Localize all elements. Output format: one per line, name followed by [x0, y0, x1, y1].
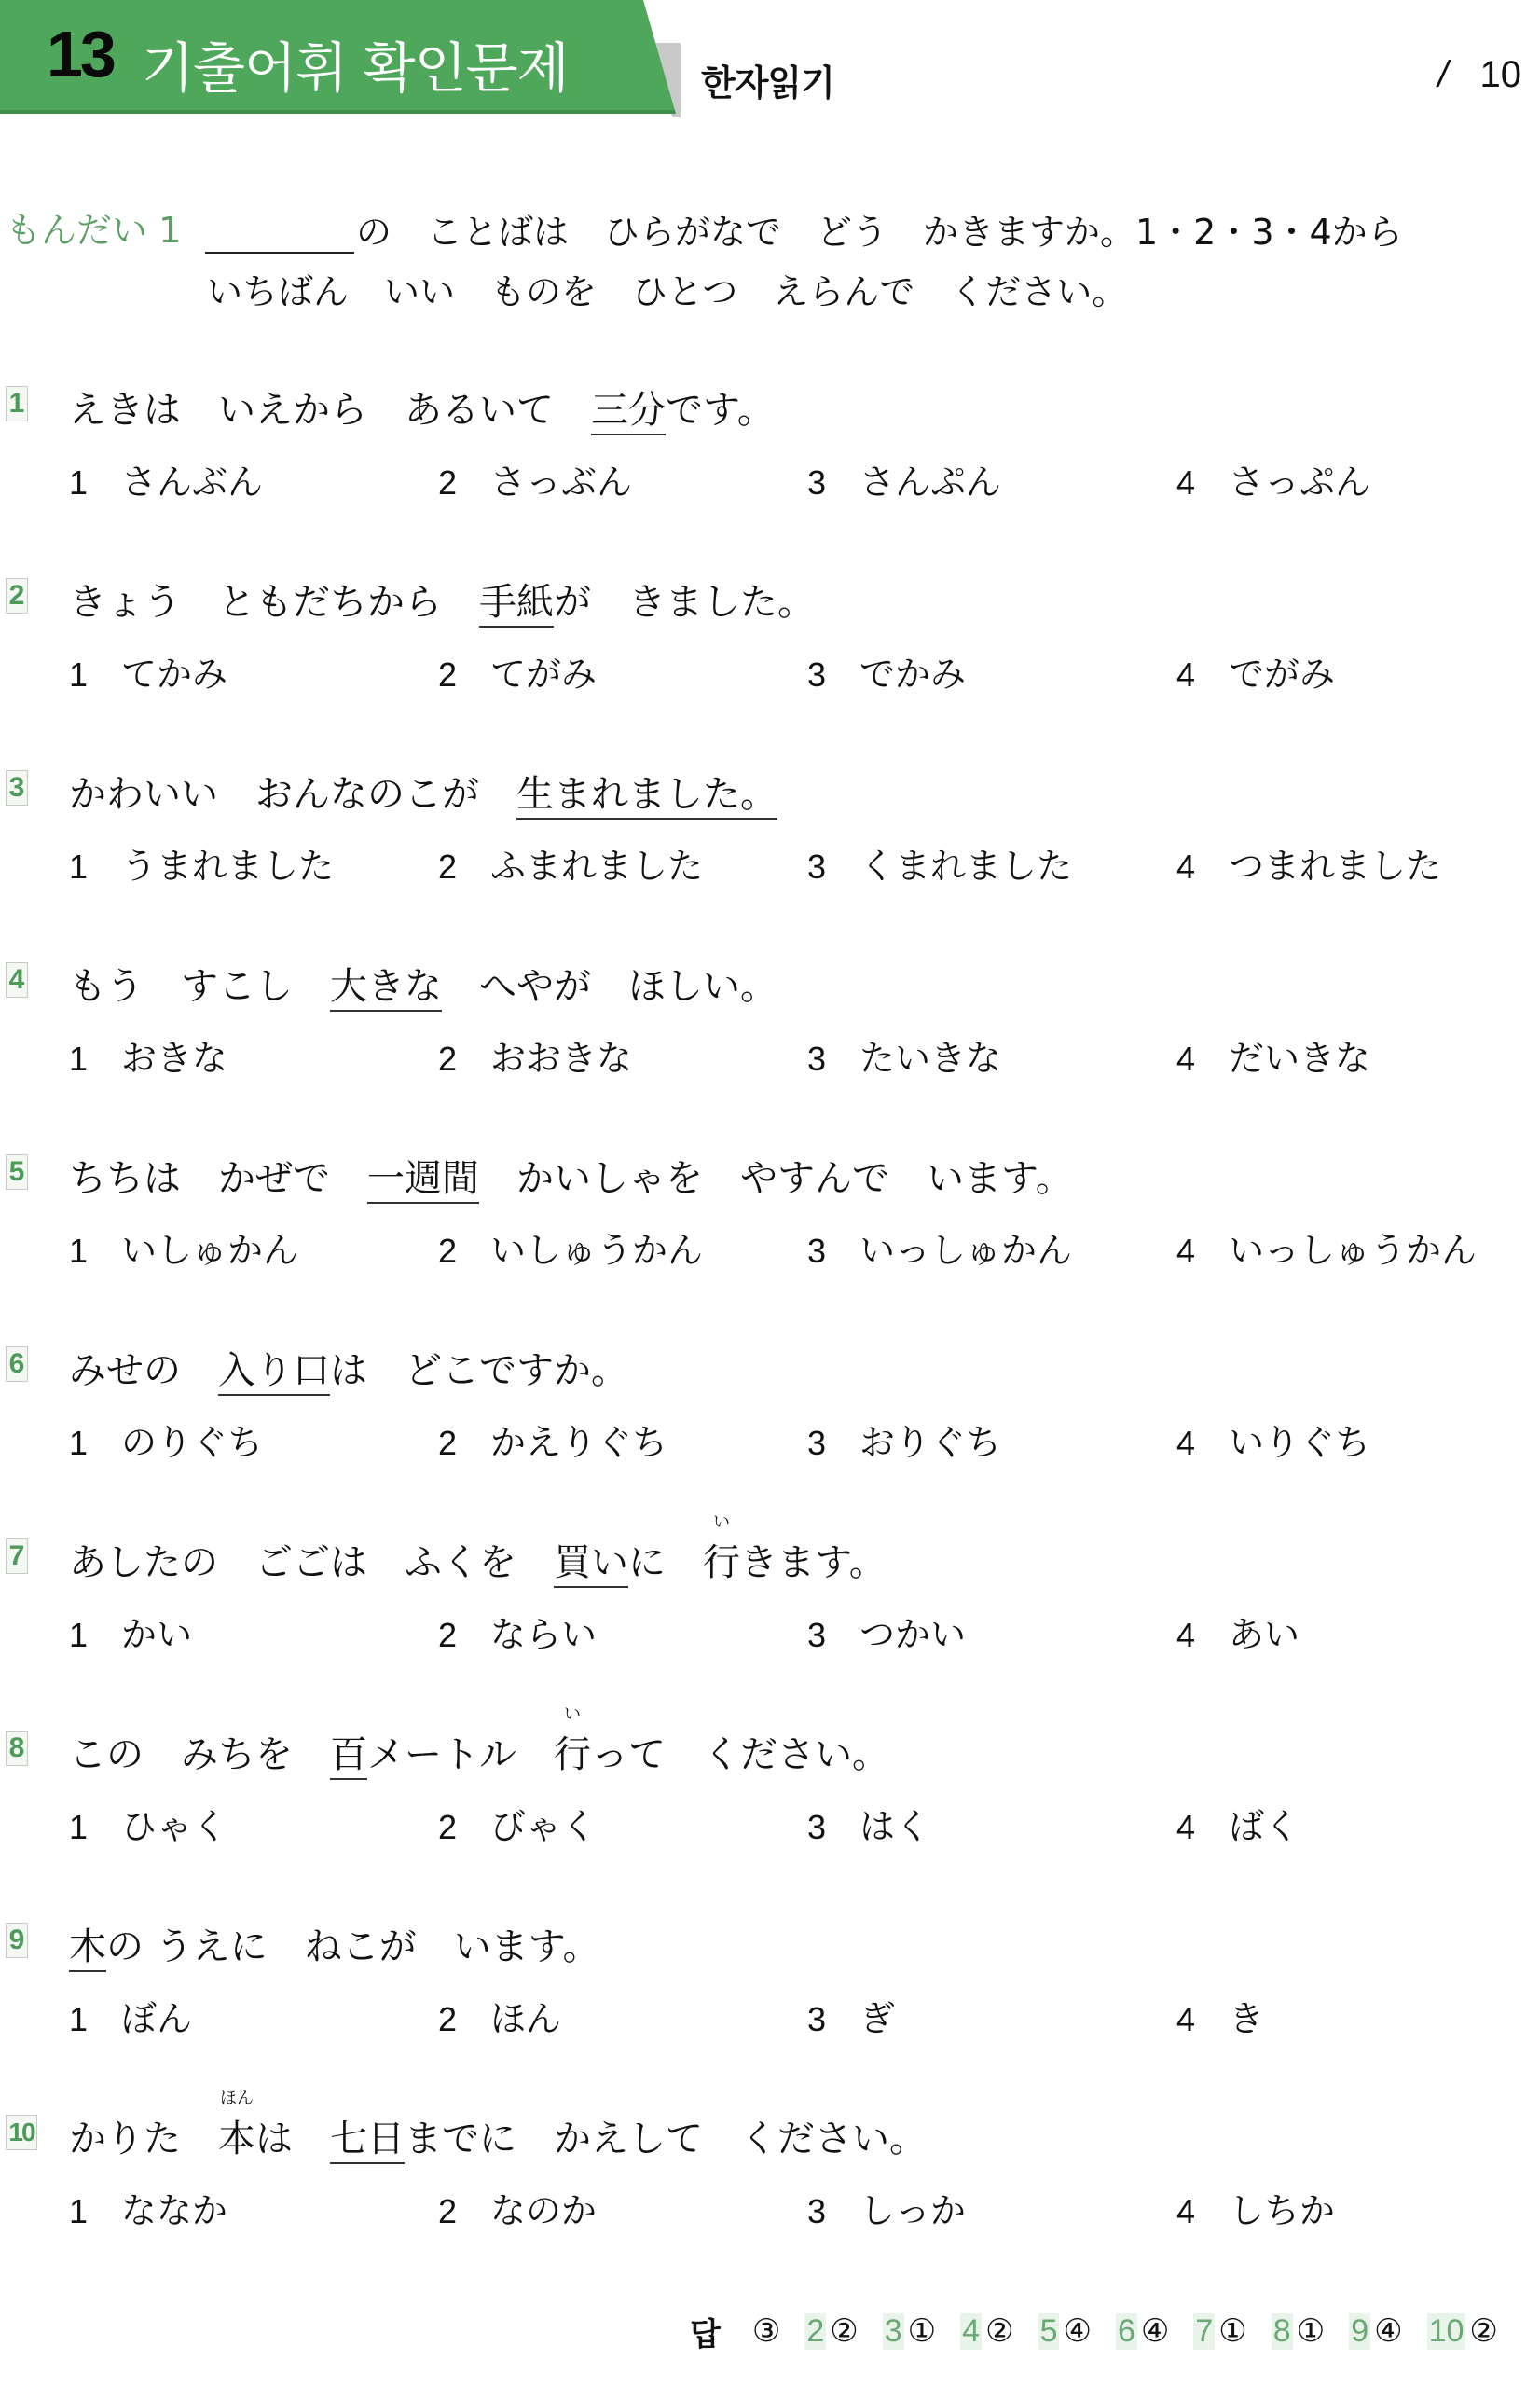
- answer-choice: ②: [985, 2312, 1013, 2350]
- option-number: 3: [807, 1616, 859, 1655]
- answer-option[interactable]: 1ななか: [69, 2182, 227, 2233]
- option-text: いっしゅかん: [859, 1230, 1072, 1271]
- answer-option[interactable]: 4あい: [1176, 1606, 1299, 1657]
- option-number: 3: [807, 463, 859, 503]
- option-text: ほん: [490, 1998, 561, 2039]
- option-text: くまれました: [859, 846, 1072, 887]
- option-number: 2: [438, 1616, 490, 1655]
- answer-option[interactable]: 2さっぶん: [438, 453, 632, 504]
- target-word: 木: [69, 1925, 106, 1972]
- option-text: あい: [1229, 1614, 1299, 1655]
- furigana-word: 本ほん: [218, 2109, 255, 2162]
- target-word: 入り口: [218, 1349, 330, 1396]
- question-number: 1: [6, 386, 28, 421]
- answer-option[interactable]: 3くまれました: [807, 837, 1072, 889]
- question-sentence: えきは いえから あるいて 三分です。: [69, 380, 775, 434]
- sentence-after: が きました。: [554, 581, 815, 624]
- answer-option[interactable]: 1おきな: [69, 1029, 227, 1081]
- option-text: いっしゅうかん: [1229, 1230, 1477, 1271]
- sentence-after: かいしゃを やすんで います。: [479, 1157, 1073, 1200]
- option-number: 1: [69, 1424, 121, 1463]
- question-sentence: かりた 本ほんは 七日までに かえして ください。: [69, 2109, 927, 2162]
- option-number: 4: [1176, 848, 1229, 887]
- target-word: 七日: [330, 2118, 405, 2164]
- option-number: 2: [438, 1424, 490, 1463]
- answer-option[interactable]: 3さんぷん: [807, 453, 1001, 504]
- target-word: 生まれました。: [516, 773, 777, 820]
- answer-option[interactable]: 4ばく: [1176, 1798, 1299, 1849]
- option-number: 3: [807, 1232, 859, 1271]
- instruction-line-2: いちばん いい ものを ひとつ えらんで ください。: [207, 263, 1127, 314]
- sentence-after: までに かえして ください。: [405, 2118, 927, 2160]
- answer-items: ③2②3①4②5④6④7①8①9④10②: [752, 2312, 1522, 2350]
- answer-key: 답 ③2②3①4②5④6④7①8①9④10②: [690, 2303, 1522, 2359]
- furigana-word: 行い: [703, 1533, 740, 1586]
- option-number: 1: [69, 2192, 121, 2231]
- option-text: なのか: [490, 2190, 597, 2231]
- question-number: 6: [6, 1346, 28, 1382]
- answer-choice: ④: [1063, 2312, 1091, 2350]
- option-text: だいきな: [1229, 1038, 1370, 1079]
- answer-choice: ②: [1469, 2312, 1497, 2350]
- question-sentence: かわいい おんなのこが 生まれました。: [69, 765, 777, 818]
- option-number: 4: [1176, 463, 1229, 503]
- option-number: 1: [69, 1616, 121, 1655]
- option-text: はく: [859, 1806, 930, 1847]
- question-number: 3: [6, 770, 28, 806]
- answer-option[interactable]: 4でがみ: [1176, 645, 1335, 697]
- sentence-after: は どこですか。: [330, 1349, 628, 1392]
- option-number: 4: [1176, 655, 1229, 695]
- answer-option[interactable]: 4き: [1176, 1990, 1264, 2041]
- question-number: 8: [6, 1731, 28, 1766]
- question-number: 10: [6, 2115, 37, 2150]
- question-number: 2: [6, 578, 28, 614]
- answer-option[interactable]: 2ならい: [438, 1606, 597, 1657]
- answer-option[interactable]: 1のりぐち: [69, 1414, 263, 1465]
- option-number: 3: [807, 1040, 859, 1079]
- option-text: つまれました: [1229, 846, 1441, 887]
- target-word: 一週間: [367, 1157, 479, 1204]
- answer-choice: ③: [752, 2312, 780, 2350]
- option-number: 2: [438, 2000, 490, 2039]
- answer-key-item: ③: [752, 2312, 780, 2350]
- option-text: つかい: [859, 1614, 966, 1655]
- answer-key-item: 4②: [960, 2312, 1013, 2350]
- sentence-tail: きます。: [740, 1541, 887, 1584]
- question-item: 10かりた 本ほんは 七日までに かえして ください。1ななか2なのか3しっか4…: [0, 2102, 1540, 2288]
- option-text: さんぶん: [121, 462, 263, 503]
- answer-key-item: 9④: [1349, 2312, 1402, 2350]
- answer-option[interactable]: 3ぎ: [807, 1990, 895, 2041]
- answer-option[interactable]: 3しっか: [807, 2182, 966, 2233]
- answer-question-number: 5: [1038, 2313, 1060, 2350]
- page-header: 13 기출어휘 확인문제 한자읽기 /10: [0, 0, 1540, 121]
- option-text: さんぷん: [859, 462, 1001, 503]
- furigana: ほん: [220, 2085, 254, 2109]
- question-number: 9: [6, 1923, 28, 1958]
- answer-option[interactable]: 1うまれました: [69, 837, 334, 889]
- sentence-before: みせの: [69, 1349, 218, 1392]
- answer-question-number: 4: [960, 2313, 982, 2350]
- answer-option[interactable]: 2ふまれました: [438, 837, 703, 889]
- option-text: いしゅかん: [121, 1230, 298, 1271]
- question-item: 5ちちは かぜで 一週間 かいしゃを やすんで います。1いしゅかん2いしゅうか…: [0, 1141, 1540, 1328]
- option-number: 2: [438, 1040, 490, 1079]
- target-word: 大きな: [330, 965, 442, 1012]
- option-text: でかみ: [859, 654, 966, 695]
- question-sentence: きょう ともだちから 手紙が きました。: [69, 573, 815, 626]
- answer-option[interactable]: 4しちか: [1176, 2182, 1335, 2233]
- question-sentence: ちちは かぜで 一週間 かいしゃを やすんで います。: [69, 1149, 1073, 1202]
- sentence-after: の うえに ねこが います。: [106, 1925, 600, 1968]
- question-number: 5: [6, 1154, 28, 1190]
- target-word: 買い: [554, 1541, 628, 1588]
- answer-option[interactable]: 4いりぐち: [1176, 1414, 1370, 1465]
- option-text: ならい: [490, 1614, 597, 1655]
- option-text: き: [1229, 1998, 1264, 2039]
- furigana: い: [564, 1701, 581, 1725]
- answer-question-number: 10: [1427, 2313, 1466, 2350]
- question-item: 3かわいい おんなのこが 生まれました。1うまれました2ふまれました3くまれまし…: [0, 757, 1540, 944]
- option-number: 2: [438, 463, 490, 503]
- option-text: でがみ: [1229, 654, 1335, 695]
- option-number: 2: [438, 848, 490, 887]
- answer-option[interactable]: 3いっしゅかん: [807, 1221, 1072, 1273]
- target-word: 三分: [591, 389, 666, 435]
- option-number: 3: [807, 1424, 859, 1463]
- answer-choice: ②: [830, 2312, 858, 2350]
- option-number: 4: [1176, 2192, 1229, 2231]
- option-text: おりぐち: [859, 1422, 1001, 1463]
- answer-question-number: 3: [883, 2313, 904, 2350]
- option-number: 1: [69, 2000, 121, 2039]
- answer-choice: ①: [1297, 2312, 1325, 2350]
- sentence-before: えきは いえから あるいて: [69, 389, 591, 432]
- option-text: さっぷん: [1229, 462, 1370, 503]
- question-sentence: みせの 入り口は どこですか。: [69, 1341, 628, 1394]
- option-text: たいきな: [859, 1038, 1001, 1079]
- option-text: ばく: [1229, 1806, 1299, 1847]
- option-text: ぎ: [859, 1998, 895, 2039]
- option-text: うまれました: [121, 846, 334, 887]
- furigana: い: [713, 1509, 730, 1533]
- option-text: かい: [121, 1614, 192, 1655]
- answer-option[interactable]: 2いしゅうかん: [438, 1221, 703, 1273]
- kanji-base: 行: [703, 1541, 740, 1584]
- question-item: 4もう すこし 大きな へやが ほしい。1おきな2おおきな3たいきな4だいきな: [0, 949, 1540, 1136]
- score-box: /10: [1437, 54, 1521, 96]
- chapter-title: 기출어휘 확인문제: [142, 24, 569, 103]
- answer-option[interactable]: 1ひゃく: [69, 1798, 227, 1849]
- question-sentence: 木の うえに ねこが います。: [69, 1917, 600, 1970]
- question-item: 9木の うえに ねこが います。1ぼん2ほん3ぎ4き: [0, 1910, 1540, 2096]
- option-number: 2: [438, 1232, 490, 1271]
- answer-option[interactable]: 4つまれました: [1176, 837, 1441, 889]
- answer-key-item: 2②: [804, 2312, 858, 2350]
- option-number: 2: [438, 2192, 490, 2231]
- option-number: 3: [807, 655, 859, 695]
- answer-option[interactable]: 3たいきな: [807, 1029, 1001, 1081]
- option-number: 4: [1176, 2000, 1229, 2039]
- question-number: 4: [6, 962, 28, 998]
- option-number: 2: [438, 655, 490, 695]
- sentence-before: ちちは かぜで: [69, 1157, 367, 1200]
- question-number: 7: [6, 1538, 28, 1574]
- sentence-before: かりた: [69, 2118, 218, 2160]
- answer-option[interactable]: 2おおきな: [438, 1029, 632, 1081]
- question-sentence: もう すこし 大きな へやが ほしい。: [69, 957, 777, 1010]
- option-number: 4: [1176, 1808, 1229, 1847]
- answer-label: 답: [690, 2309, 721, 2354]
- answer-question-number: 6: [1116, 2313, 1137, 2350]
- answer-option[interactable]: 3つかい: [807, 1606, 966, 1657]
- option-text: いしゅうかん: [490, 1230, 703, 1271]
- answer-key-item: 3①: [883, 2312, 936, 2350]
- option-number: 3: [807, 848, 859, 887]
- sentence-before: きょう ともだちから: [69, 581, 479, 624]
- option-text: さっぶん: [490, 462, 632, 503]
- question-item: 1えきは いえから あるいて 三分です。1さんぶん2さっぶん3さんぷん4さっぷん: [0, 373, 1540, 559]
- option-number: 2: [438, 1808, 490, 1847]
- question-item: 8この みちを 百メートル 行いって ください。1ひゃく2びゃく3はく4ばく: [0, 1718, 1540, 1904]
- option-text: かえりぐち: [490, 1422, 667, 1463]
- option-text: おきな: [121, 1038, 227, 1079]
- answer-question-number: 8: [1272, 2313, 1293, 2350]
- sentence-before: もう すこし: [69, 965, 330, 1008]
- question-item: 2きょう ともだちから 手紙が きました。1てかみ2てがみ3でかみ4でがみ: [0, 565, 1540, 752]
- question-item: 6みせの 入り口は どこですか。1のりぐち2かえりぐち3おりぐち4いりぐち: [0, 1333, 1540, 1520]
- option-number: 1: [69, 1232, 121, 1271]
- sentence-after: です。: [666, 389, 775, 432]
- kanji-base: 行: [554, 1733, 591, 1776]
- answer-choice: ①: [1218, 2312, 1246, 2350]
- option-text: びゃく: [490, 1806, 597, 1847]
- target-word: 手紙: [479, 581, 554, 628]
- answer-option[interactable]: 2びゃく: [438, 1798, 597, 1849]
- option-text: ふまれました: [490, 846, 703, 887]
- problem-label: もんだい 1: [6, 201, 181, 253]
- answer-choice: ①: [908, 2312, 936, 2350]
- answer-option[interactable]: 2てがみ: [438, 645, 597, 697]
- sentence-tail: って ください。: [591, 1733, 889, 1776]
- option-number: 1: [69, 848, 121, 887]
- answer-option[interactable]: 4だいきな: [1176, 1029, 1370, 1081]
- option-number: 1: [69, 655, 121, 695]
- option-number: 3: [807, 2000, 859, 2039]
- sentence-before: かわいい おんなのこが: [69, 773, 516, 816]
- option-number: 4: [1176, 1616, 1229, 1655]
- option-text: しちか: [1229, 2190, 1335, 2231]
- option-text: おおきな: [490, 1038, 632, 1079]
- answer-option[interactable]: 2なのか: [438, 2182, 597, 2233]
- option-number: 4: [1176, 1232, 1229, 1271]
- option-number: 4: [1176, 1040, 1229, 1079]
- answer-key-item: 8①: [1272, 2312, 1325, 2350]
- blank-line: [205, 252, 354, 254]
- answer-option[interactable]: 2ほん: [438, 1990, 561, 2041]
- option-number: 1: [69, 463, 121, 503]
- score-total: 10: [1480, 54, 1522, 95]
- answer-choice: ④: [1141, 2312, 1169, 2350]
- answer-option[interactable]: 1いしゅかん: [69, 1221, 298, 1273]
- option-number: 1: [69, 1040, 121, 1079]
- option-text: のりぐち: [121, 1422, 263, 1463]
- sentence-after: に: [628, 1541, 703, 1584]
- sentence-before: あしたの ごごは ふくを: [69, 1541, 554, 1584]
- answer-question-number: 2: [804, 2313, 826, 2350]
- option-text: てかみ: [121, 654, 227, 695]
- answer-option[interactable]: 2かえりぐち: [438, 1414, 667, 1465]
- instruction-line-1: の ことばは ひらがなで どう かきますか。1・2・3・4から: [356, 203, 1403, 255]
- answer-choice: ④: [1374, 2312, 1402, 2350]
- answer-option[interactable]: 1かい: [69, 1606, 192, 1657]
- answer-option[interactable]: 1さんぶん: [69, 453, 263, 504]
- option-number: 3: [807, 2192, 859, 2231]
- sentence-after: メートル: [367, 1733, 554, 1776]
- option-number: 4: [1176, 1424, 1229, 1463]
- answer-key-item: 5④: [1038, 2312, 1092, 2350]
- answer-option[interactable]: 4さっぷん: [1176, 453, 1370, 504]
- option-text: しっか: [859, 2190, 966, 2231]
- answer-question-number: 7: [1193, 2313, 1215, 2350]
- furigana-word: 行い: [554, 1725, 591, 1778]
- answer-option[interactable]: 3おりぐち: [807, 1414, 1001, 1465]
- answer-question-number: 9: [1349, 2313, 1370, 2350]
- option-text: ななか: [121, 2190, 227, 2231]
- score-slash: /: [1437, 54, 1448, 95]
- answer-option[interactable]: 3でかみ: [807, 645, 966, 697]
- answer-key-item: 7①: [1193, 2312, 1246, 2350]
- section-subtitle: 한자읽기: [701, 54, 834, 105]
- answer-key-item: 6④: [1116, 2312, 1169, 2350]
- answer-key-item: 10②: [1427, 2312, 1498, 2350]
- chapter-number: 13: [47, 17, 114, 91]
- option-text: ぼん: [121, 1998, 192, 2039]
- question-sentence: あしたの ごごは ふくを 買いに 行いきます。: [69, 1533, 887, 1586]
- answer-option[interactable]: 4いっしゅうかん: [1176, 1221, 1477, 1273]
- option-number: 1: [69, 1808, 121, 1847]
- option-number: 3: [807, 1808, 859, 1847]
- answer-option[interactable]: 1ぼん: [69, 1990, 192, 2041]
- option-text: いりぐち: [1229, 1422, 1370, 1463]
- kanji-base: 本: [218, 2118, 255, 2160]
- answer-option[interactable]: 3はく: [807, 1798, 930, 1849]
- question-item: 7あしたの ごごは ふくを 買いに 行いきます。1かい2ならい3つかい4あい: [0, 1525, 1540, 1712]
- option-text: てがみ: [490, 654, 597, 695]
- option-text: ひゃく: [121, 1806, 227, 1847]
- question-sentence: この みちを 百メートル 行いって ください。: [69, 1725, 889, 1778]
- sentence-after: へやが ほしい。: [442, 965, 777, 1008]
- answer-option[interactable]: 1てかみ: [69, 645, 227, 697]
- sentence-before: この みちを: [69, 1733, 330, 1776]
- sentence-middle: は: [255, 2118, 330, 2160]
- target-word: 百: [330, 1733, 367, 1780]
